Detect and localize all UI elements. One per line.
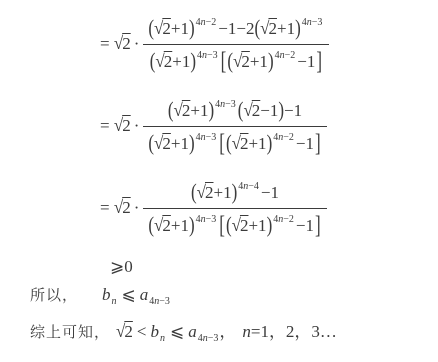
leq-sign: ⩽ xyxy=(122,285,136,304)
exponent-4n-4: 4n−4 xyxy=(238,182,259,192)
radical-icon: √ xyxy=(174,95,183,127)
radical-icon: √ xyxy=(232,128,241,160)
sqrt2: √2 xyxy=(232,216,249,235)
exponent-4n-3: 4n−3 xyxy=(197,51,218,61)
numerator: (√2+1)4n−3(√2−1)−1 xyxy=(143,93,326,126)
denominator: (√2+1)4n−3[(√2+1)4n−2−1] xyxy=(143,44,329,77)
plus-one: +1 xyxy=(277,19,295,38)
exponent-4n-2: 4n−2 xyxy=(275,51,296,61)
left-bracket: [ xyxy=(219,121,225,166)
minus-one: −1 xyxy=(260,101,278,120)
equation-lead: = √2· xyxy=(100,198,143,218)
radical-icon: √ xyxy=(154,210,163,242)
plus-one: +1 xyxy=(250,52,268,71)
fraction: (√2+1)4n−4−1 (√2+1)4n−3[(√2+1)4n−2−1] xyxy=(143,175,326,241)
sqrt2: √2 xyxy=(233,52,250,71)
equation-step-3: = √2· (√2+1)4n−4−1 (√2+1)4n−3[(√2+1)4n−2… xyxy=(100,175,327,241)
multiplication-dot: · xyxy=(134,198,140,217)
radicand: 2 xyxy=(252,101,261,120)
radicand: 2 xyxy=(122,34,131,53)
sqrt2: √2 xyxy=(154,134,171,153)
less-than-sign: < xyxy=(137,322,147,341)
equation-lead: = √2· xyxy=(100,116,143,136)
therefore-text: 所以， xyxy=(30,288,78,304)
therefore-line: 所以，bn⩽a4n−3 xyxy=(30,284,171,307)
subscript-4n-3: 4n−3 xyxy=(149,297,170,307)
var-b: b xyxy=(102,285,111,304)
equation-lead: = √2· xyxy=(100,34,143,54)
radical-icon: √ xyxy=(233,46,242,78)
exponent-4n-2: 4n−2 xyxy=(273,215,294,225)
geq-sign: ⩾ xyxy=(110,257,124,276)
sqrt2: √2 xyxy=(155,52,172,71)
subscript-4n-3: 4n−3 xyxy=(198,334,219,344)
minus-one: −1 xyxy=(297,52,315,71)
equals-sign: = xyxy=(100,116,110,135)
radicand: 2 xyxy=(162,19,171,38)
numerator: (√2+1)4n−2−1−2(√2+1)4n−3 xyxy=(143,11,329,44)
plus-one: +1 xyxy=(214,183,232,202)
radical-icon: √ xyxy=(197,177,206,209)
sub-offset: −3 xyxy=(159,296,170,307)
exp-offset: −3 xyxy=(206,132,217,143)
exponent-4n-3: 4n−3 xyxy=(196,215,217,225)
minus-one: −1 xyxy=(296,134,314,153)
right-paren: ) xyxy=(208,91,214,130)
exponent-4n-3: 4n−3 xyxy=(215,100,236,110)
zero: 0 xyxy=(124,257,133,276)
radicand: 2 xyxy=(268,19,277,38)
sqrt2: √2 xyxy=(260,19,277,38)
right-bracket: ] xyxy=(315,203,321,248)
equation-step-1: = √2· (√2+1)4n−2−1−2(√2+1)4n−3 (√2+1)4n−… xyxy=(100,11,329,77)
subscript-n: n xyxy=(112,297,117,307)
radical-icon: √ xyxy=(114,197,123,218)
right-paren: ) xyxy=(268,42,274,81)
radicand: 2 xyxy=(164,52,173,71)
exp-offset: −4 xyxy=(248,181,259,192)
equals-sign: = xyxy=(251,322,261,341)
math-solution-document: = √2· (√2+1)4n−2−1−2(√2+1)4n−3 (√2+1)4n−… xyxy=(0,0,438,362)
right-bracket: ] xyxy=(315,121,321,166)
radical-icon: √ xyxy=(154,128,163,160)
sqrt2: √2 xyxy=(243,101,260,120)
plus-one: +1 xyxy=(248,216,266,235)
subscript-n: n xyxy=(160,334,165,344)
minus-one: −1 xyxy=(296,216,314,235)
equation-step-2: = √2· (√2+1)4n−3(√2−1)−1 (√2+1)4n−3[(√2+… xyxy=(100,93,327,159)
numerator: (√2+1)4n−4−1 xyxy=(143,175,326,208)
right-paren: ) xyxy=(267,206,273,245)
sqrt2-coefficient: √2 xyxy=(114,116,131,135)
radicand: 2 xyxy=(205,183,214,202)
right-paren: ) xyxy=(267,124,273,163)
exp-offset: −3 xyxy=(312,17,323,28)
exponent-4n-2: 4n−2 xyxy=(196,18,217,28)
radicand: 2 xyxy=(162,134,171,153)
series-values: 1，2，3… xyxy=(260,322,337,341)
left-bracket: [ xyxy=(219,203,225,248)
radical-icon: √ xyxy=(155,46,164,78)
equals-sign: = xyxy=(100,34,110,53)
equals-sign: = xyxy=(100,198,110,217)
radical-icon: √ xyxy=(243,95,252,127)
denominator: (√2+1)4n−3[(√2+1)4n−2−1] xyxy=(143,208,326,241)
left-bracket: [ xyxy=(221,39,227,84)
multiplication-dot: · xyxy=(134,116,140,135)
radical-icon: √ xyxy=(114,33,123,54)
right-bracket: ] xyxy=(316,39,322,84)
conclusion-line: 综上可知，√2<bn⩽a4n−3，n=1，2，3… xyxy=(30,321,337,344)
minus-one-minus-two: −1−2 xyxy=(218,19,254,38)
plus-one: +1 xyxy=(172,52,190,71)
right-paren: ) xyxy=(232,173,238,212)
sqrt2: √2 xyxy=(232,134,249,153)
plus-one: +1 xyxy=(248,134,266,153)
radicand: 2 xyxy=(162,216,171,235)
radicand: 2 xyxy=(122,116,131,135)
denominator: (√2+1)4n−3[(√2+1)4n−2−1] xyxy=(143,126,326,159)
right-paren: ) xyxy=(189,124,195,163)
exp-offset: −3 xyxy=(225,99,236,110)
comma: ， xyxy=(219,322,236,341)
minus-one: −1 xyxy=(284,101,302,120)
right-paren: ) xyxy=(190,42,196,81)
exponent-4n-3: 4n−3 xyxy=(196,133,217,143)
sqrt2: √2 xyxy=(154,216,171,235)
sqrt2: √2 xyxy=(154,19,171,38)
exp-offset: −2 xyxy=(283,214,294,225)
sqrt2: √2 xyxy=(174,101,191,120)
right-paren: ) xyxy=(189,206,195,245)
minus-one: −1 xyxy=(261,183,279,202)
exp-offset: −3 xyxy=(207,50,218,61)
sqrt2: √2 xyxy=(116,322,133,341)
exponent-4n-3: 4n−3 xyxy=(302,18,323,28)
right-paren: ) xyxy=(278,91,284,130)
exp-offset: −3 xyxy=(206,214,217,225)
multiplication-dot: · xyxy=(134,34,140,53)
radical-icon: √ xyxy=(114,115,123,136)
exp-offset: −2 xyxy=(285,50,296,61)
exp-offset: −2 xyxy=(283,132,294,143)
var-a: a xyxy=(188,322,197,341)
radicand: 2 xyxy=(122,198,131,217)
fraction: (√2+1)4n−2−1−2(√2+1)4n−3 (√2+1)4n−3[(√2+… xyxy=(143,11,329,77)
radicand: 2 xyxy=(124,322,133,341)
radical-icon: √ xyxy=(116,320,125,343)
radical-icon: √ xyxy=(154,13,163,45)
fraction: (√2+1)4n−3(√2−1)−1 (√2+1)4n−3[(√2+1)4n−2… xyxy=(143,93,326,159)
var-a: a xyxy=(140,285,149,304)
exp-offset: −2 xyxy=(206,17,217,28)
sqrt2-coefficient: √2 xyxy=(114,198,131,217)
radicand: 2 xyxy=(241,52,250,71)
plus-one: +1 xyxy=(171,19,189,38)
plus-one: +1 xyxy=(171,134,189,153)
right-paren: ) xyxy=(295,9,301,48)
var-b: b xyxy=(150,322,159,341)
geq-zero-line: ⩾0 xyxy=(110,256,133,278)
var-n: n xyxy=(242,322,251,341)
plus-one: +1 xyxy=(190,101,208,120)
plus-one: +1 xyxy=(171,216,189,235)
exponent-4n-2: 4n−2 xyxy=(273,133,294,143)
sqrt2: √2 xyxy=(197,183,214,202)
leq-sign: ⩽ xyxy=(170,322,184,341)
radical-icon: √ xyxy=(260,13,269,45)
radical-icon: √ xyxy=(232,210,241,242)
sub-offset: −3 xyxy=(208,333,219,344)
sqrt2-coefficient: √2 xyxy=(114,34,131,53)
in-summary-text: 综上可知， xyxy=(30,325,110,341)
